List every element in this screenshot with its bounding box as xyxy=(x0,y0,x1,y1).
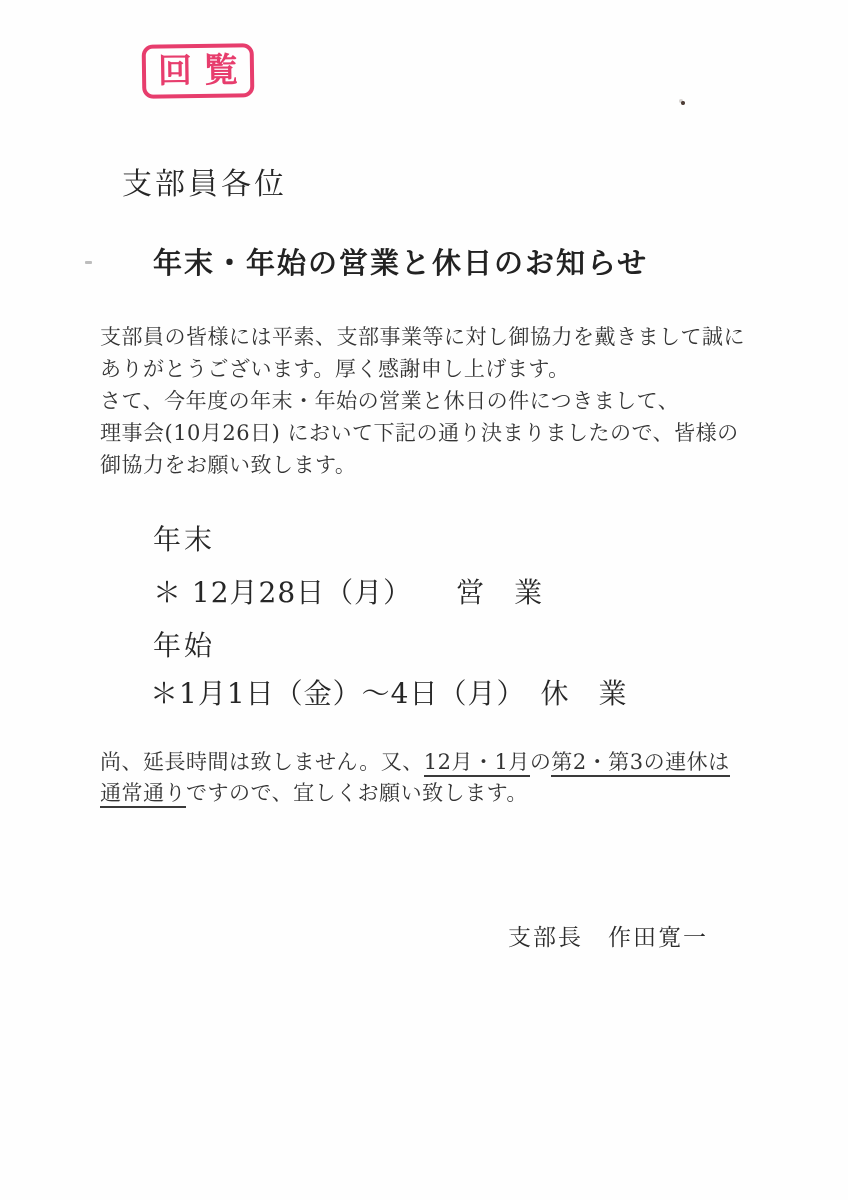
notice-title: 年末・年始の営業と休日のお知らせ xyxy=(153,241,648,282)
note-paragraph: 尚、延長時間は致しません。又、12月・1月の第2・第3の連休は 通常通りですので… xyxy=(100,747,730,809)
newyear-schedule-entry: ＊1月1日（金）～4日（月） 休 業 xyxy=(150,672,627,712)
note-segment-underlined: 第2・第3の連休は xyxy=(551,750,729,777)
circulation-stamp: 回覧 xyxy=(142,43,255,99)
note-segment: ですので、宜しくお願い致します。 xyxy=(186,781,528,805)
note-segment-underlined: 通常通り xyxy=(100,781,186,808)
body-line: 支部員の皆様には平素、支部事業等に対し御協力を戴きまして誠に xyxy=(100,321,745,353)
note-line-1: 尚、延長時間は致しません。又、12月・1月の第2・第3の連休は xyxy=(100,747,730,778)
body-line: ありがとうございます。厚く感謝申し上げます。 xyxy=(100,353,745,385)
note-segment: の xyxy=(530,750,552,774)
signature-line: 支部長 作田寛一 xyxy=(508,919,708,952)
scanned-notice-page: 回覧 支部員各位 年末・年始の営業と休日のお知らせ 支部員の皆様には平素、支部事… xyxy=(0,0,848,1200)
scan-speck-dash xyxy=(85,261,92,264)
body-line: 理事会(10月26日) において下記の通り決まりましたので、皆様の xyxy=(100,417,745,449)
note-line-2: 通常通りですので、宜しくお願い致します。 xyxy=(100,778,730,809)
yearend-heading: 年末 xyxy=(153,518,215,558)
body-line: 御協力をお願い致します。 xyxy=(100,449,745,481)
body-paragraph: 支部員の皆様には平素、支部事業等に対し御協力を戴きまして誠に ありがとうございま… xyxy=(100,321,745,481)
recipient-line: 支部員各位 xyxy=(122,159,287,203)
note-segment-underlined: 12月・1月 xyxy=(424,750,530,777)
scan-speck-dot xyxy=(681,101,685,105)
note-segment: 尚、延長時間は致しません。又、 xyxy=(100,750,424,774)
yearend-schedule-entry: ＊ 12月28日（月） 営 業 xyxy=(153,571,543,611)
circulation-stamp-label: 回覧 xyxy=(158,53,250,88)
body-line: さて、今年度の年末・年始の営業と休日の件につきまして、 xyxy=(100,385,745,417)
newyear-heading: 年始 xyxy=(153,624,215,664)
